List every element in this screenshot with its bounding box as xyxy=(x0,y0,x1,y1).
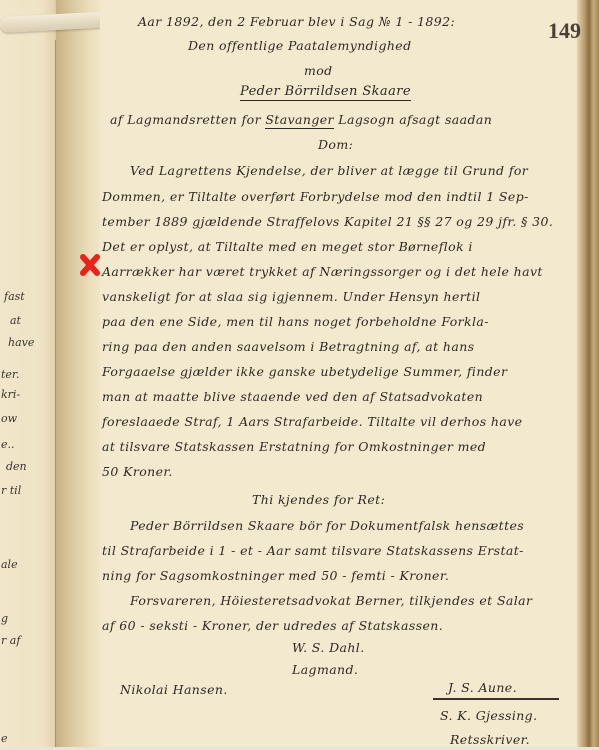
left-fragment: den xyxy=(6,460,27,473)
left-fragment: ter. xyxy=(1,368,19,381)
body-line: tember 1889 gjældende Straffelovs Kapite… xyxy=(102,214,553,229)
signature-presiding: W. S. Dahl. xyxy=(292,640,365,655)
body-line: ring paa den anden saavelsom i Betragtni… xyxy=(102,339,474,354)
signature-presiding-title: Lagmand. xyxy=(292,662,358,677)
body-line: Forgaaelse gjælder ikke ganske ubetydeli… xyxy=(102,364,507,379)
header-date-line: Aar 1892, den 2 Februar blev i Sag № 1 -… xyxy=(138,14,455,29)
signature-divider xyxy=(433,698,559,700)
court-prefix: af Lagmandsretten for xyxy=(110,112,261,127)
body-line: foreslaaede Straf, 1 Aars Strafarbeide. … xyxy=(102,414,522,429)
body-line: 50 Kroner. xyxy=(102,464,173,479)
dom-heading: Dom: xyxy=(318,137,353,152)
signature-right-top: J. S. Aune. xyxy=(448,680,517,695)
body-line: Det er oplyst, at Tiltalte med en meget … xyxy=(102,239,473,254)
verdict-heading: Thi kjendes for Ret: xyxy=(252,492,385,507)
body-line: paa den ene Side, men til hans noget for… xyxy=(102,314,489,329)
left-fragment: g xyxy=(1,612,8,625)
body-line: Aarrækker har været trykket af Næringsso… xyxy=(102,264,543,279)
left-fragment: e xyxy=(1,732,8,745)
court-suffix: Lagsogn afsagt saadan xyxy=(338,112,492,127)
left-fragment: have xyxy=(8,336,34,349)
book-gutter xyxy=(56,0,102,750)
body-line: vanskeligt for at slaa sig igjennem. Und… xyxy=(102,289,480,304)
left-fragment: ale xyxy=(1,558,18,571)
defendant-name: Peder Börrildsen Skaare xyxy=(240,84,411,101)
signature-right-bottom: S. K. Gjessing. xyxy=(440,708,537,723)
verdict-line: af 60 - seksti - Kroner, der udredes af … xyxy=(102,618,443,633)
left-fragment: kri- xyxy=(1,388,20,401)
verdict-line: Forsvareren, Höiesteretsadvokat Berner, … xyxy=(130,593,532,608)
header-versus: mod xyxy=(304,63,333,78)
court-line: af Lagmandsretten for Stavanger Lagsogn … xyxy=(110,112,492,127)
court-place: Stavanger xyxy=(265,112,334,129)
page-edge xyxy=(577,0,599,750)
left-fragment: ow xyxy=(1,412,17,425)
left-fragment: e.. xyxy=(1,438,15,451)
left-fragment: r til xyxy=(1,484,21,497)
gutter-fold-line xyxy=(55,40,56,750)
signature-right-title: Retsskriver. xyxy=(450,732,530,747)
left-fragment: at xyxy=(10,314,21,327)
red-x-marker-icon xyxy=(79,253,101,277)
verdict-line: ning for Sagsomkostninger med 50 - femti… xyxy=(102,568,449,583)
left-fragment: fast xyxy=(4,290,25,303)
page-number: 149 xyxy=(548,18,581,44)
header-prosecution: Den offentlige Paatalemyndighed xyxy=(188,38,412,53)
verdict-line: til Strafarbeide i 1 - et - Aar samt til… xyxy=(102,543,524,558)
body-line: Ved Lagrettens Kjendelse, der bliver at … xyxy=(130,163,528,178)
body-line: man at maatte blive staaende ved den af … xyxy=(102,389,483,404)
body-line: at tilsvare Statskassen Erstatning for O… xyxy=(102,439,486,454)
left-fragment: r af xyxy=(1,634,20,647)
signature-left: Nikolai Hansen. xyxy=(120,682,228,697)
verdict-line: Peder Börrildsen Skaare bör for Dokument… xyxy=(130,518,524,533)
body-line: Dommen, er Tiltalte overført Forbrydelse… xyxy=(102,189,529,204)
